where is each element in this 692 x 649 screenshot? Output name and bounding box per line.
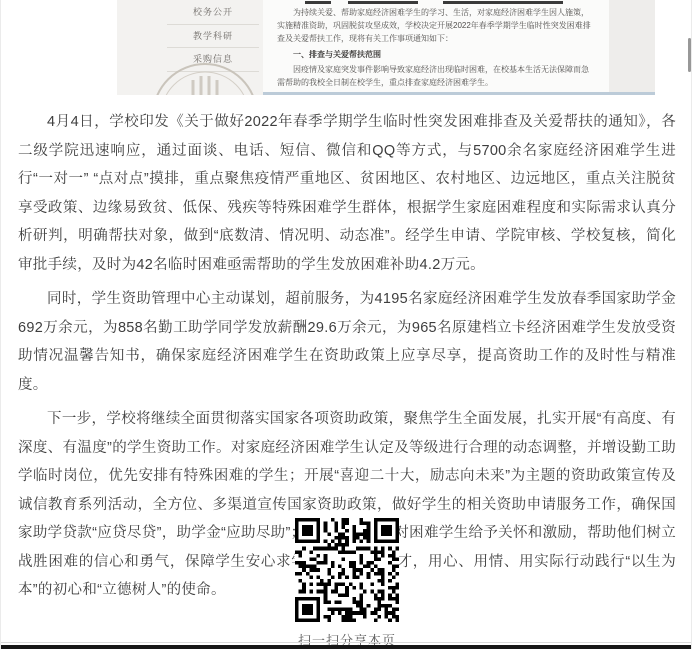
notice-section-heading: 一、排查与关爱帮扶范围 [277, 48, 595, 61]
footer-divider [1, 642, 692, 643]
article-paragraph-1: 4月4日，学校印发《关于做好2022年春季学期学生临时性突发困难排查及关爱帮扶的… [18, 108, 676, 279]
scrollbar-thumb[interactable] [688, 38, 691, 72]
clipped-text-line [293, 0, 595, 4]
qr-code [295, 518, 399, 622]
photo-menu-item: 校务公开 [167, 1, 259, 25]
article-page: { "photo": { "sidebar_items": [ {"label"… [0, 0, 692, 649]
notice-photo: 校务公开 教学科研 采购信息 为持续关爱、帮助家庭经济困难学生的学习、生活，对家… [117, 0, 655, 95]
seal-icon [145, 58, 265, 95]
notice-document: 为持续关爱、帮助家庭经济困难学生的学习、生活，对家庭经济困难学生因人施策，实施精… [263, 0, 609, 95]
share-section: 扫一扫分享本页 [1, 518, 692, 649]
footer-bar [1, 645, 692, 649]
notice-section-body: 因疫情及家庭突发事件影响导致家庭经济出现临时困难，在校基本生活无法保障而急需帮助… [277, 63, 595, 89]
notice-intro: 为持续关爱、帮助家庭经济困难学生的学习、生活，对家庭经济困难学生因人施策，实施精… [277, 6, 595, 45]
article-paragraph-2: 同时，学生资助管理中心主动谋划，超前服务，为4195名家庭经济困难学生发放春季国… [18, 285, 676, 399]
photo-sidebar: 校务公开 教学科研 采购信息 [117, 0, 263, 95]
photo-menu-item: 教学科研 [167, 25, 259, 49]
